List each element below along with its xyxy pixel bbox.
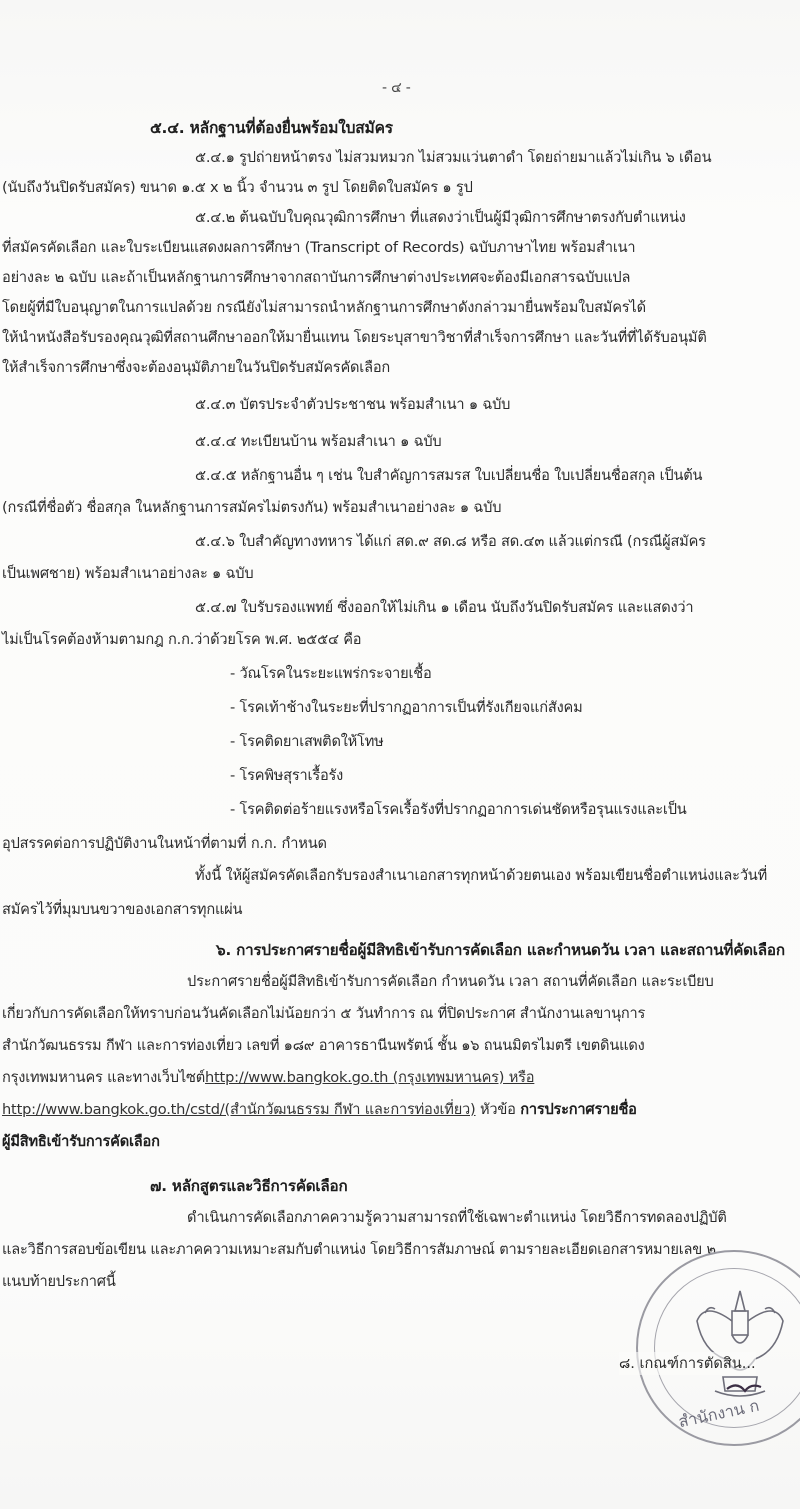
item-5-4-5-line1: ๕.๔.๕ หลักฐานอื่น ๆ เช่น ใบสำคัญการสมรส …	[195, 466, 702, 486]
section-5-4-heading: ๕.๔. หลักฐานที่ต้องยื่นพร้อมใบสมัคร	[150, 118, 393, 138]
disease-item: - โรคติดต่อร้ายแรงหรือโรคเรื้อรังที่ปราก…	[230, 800, 687, 820]
note-line1: ทั้งนี้ ให้ผู้สมัครคัดเลือกรับรองสำเนาเอ…	[195, 866, 767, 886]
note-line2: สมัครไว้ที่มุมบนขวาของเอกสารทุกแผ่น	[2, 900, 242, 920]
page-number: - ๔ -	[382, 78, 411, 98]
section-6-heading: ๖. การประกาศรายชื่อผู้มีสิทธิเข้ารับการค…	[216, 940, 785, 960]
item-5-4-7-line1: ๕.๔.๗ ใบรับรองแพทย์ ซึ่งออกให้ไม่เกิน ๑ …	[195, 598, 693, 618]
section-7-heading: ๗. หลักสูตรและวิธีการคัดเลือก	[150, 1176, 347, 1196]
cstd-website-link[interactable]: http://www.bangkok.go.th/cstd/(สำนักวัฒน…	[2, 1101, 476, 1118]
item-5-4-7-line2: ไม่เป็นโรคต้องห้ามตามกฎ ก.ก.ว่าด้วยโรค พ…	[2, 630, 361, 650]
section-6-line4: กรุงเทพมหานคร และทางเว็บไซต์http://www.b…	[2, 1068, 534, 1088]
item-5-4-3: ๕.๔.๓ บัตรประจำตัวประชาชน พร้อมสำเนา ๑ ฉ…	[195, 395, 510, 415]
item-5-4-6-line1: ๕.๔.๖ ใบสำคัญทางทหาร ได้แก่ สด.๙ สด.๘ หร…	[195, 532, 706, 552]
next-section-continuation: ๘. เกณฑ์การตัดสิน...	[619, 1352, 756, 1375]
disease-item: - วัณโรคในระยะแพร่กระจายเชื้อ	[230, 664, 432, 684]
section-6-line1: ประกาศรายชื่อผู้มีสิทธิเข้ารับการคัดเลือ…	[187, 972, 714, 992]
item-5-4-6-line2: เป็นเพศชาย) พร้อมสำเนาอย่างละ ๑ ฉบับ	[2, 564, 253, 584]
section-7-line1: ดำเนินการคัดเลือกภาคความรู้ความสามารถที่…	[187, 1208, 727, 1228]
disease-item: - โรคติดยาเสพติดให้โทษ	[230, 732, 384, 752]
bangkok-website-link[interactable]: http://www.bangkok.go.th (กรุงเทพมหานคร)…	[205, 1069, 534, 1086]
item-5-4-5-line2: (กรณีที่ชื่อตัว ชื่อสกุล ในหลักฐานการสมั…	[2, 498, 501, 518]
document-page: - ๔ - ๕.๔. หลักฐานที่ต้องยื่นพร้อมใบสมัค…	[0, 0, 800, 1509]
item-5-4-2-line5: ให้นำหนังสือรับรองคุณวุฒิที่สถานศึกษาออก…	[2, 328, 707, 348]
section-6-topic: การประกาศรายชื่อ	[520, 1101, 637, 1118]
section-6-line5-suffix: หัวข้อ	[476, 1101, 521, 1118]
item-5-4-2-line2: ที่สมัครคัดเลือก และใบระเบียนแสดงผลการศึ…	[2, 238, 635, 258]
item-5-4-1-line1: ๕.๔.๑ รูปถ่ายหน้าตรง ไม่สวมหมวก ไม่สวมแว…	[195, 148, 711, 168]
disease-item: - โรคพิษสุราเรื้อรัง	[230, 766, 343, 786]
disease-item: - โรคเท้าช้างในระยะที่ปรากฏอาการเป็นที่ร…	[230, 698, 583, 718]
item-5-4-2-line3: อย่างละ ๒ ฉบับ และถ้าเป็นหลักฐานการศึกษา…	[2, 268, 630, 288]
section-6-line2: เกี่ยวกับการคัดเลือกให้ทราบก่อนวันคัดเลื…	[2, 1004, 645, 1024]
item-5-4-2-line1: ๕.๔.๒ ต้นฉบับใบคุณวุฒิการศึกษา ที่แสดงว่…	[195, 208, 686, 228]
section-6-line3: สำนักวัฒนธรรม กีฬา และการท่องเที่ยว เลขท…	[2, 1036, 645, 1056]
item-5-4-4: ๕.๔.๔ ทะเบียนบ้าน พร้อมสำเนา ๑ ฉบับ	[195, 432, 441, 452]
item-5-4-1-line2: (นับถึงวันปิดรับสมัคร) ขนาด ๑.๕ x ๒ นิ้ว…	[2, 178, 473, 198]
official-seal: สำนักงาน ก	[636, 1250, 800, 1446]
section-6-line4-prefix: กรุงเทพมหานคร และทางเว็บไซต์	[2, 1069, 205, 1086]
item-5-4-2-line6: ให้สำเร็จการศึกษาซึ่งจะต้องอนุมัติภายในว…	[2, 358, 390, 378]
section-6-line6: ผู้มีสิทธิเข้ารับการคัดเลือก	[2, 1132, 160, 1152]
disease-item-continuation: อุปสรรคต่อการปฏิบัติงานในหน้าที่ตามที่ ก…	[2, 834, 327, 854]
section-6-line5: http://www.bangkok.go.th/cstd/(สำนักวัฒน…	[2, 1100, 637, 1120]
section-7-line2: และวิธีการสอบข้อเขียน และภาคความเหมาะสมก…	[2, 1240, 716, 1260]
item-5-4-2-line4: โดยผู้ที่มีใบอนุญาตในการแปลด้วย กรณียังไ…	[2, 298, 646, 318]
section-7-line3: แนบท้ายประกาศนี้	[2, 1272, 116, 1292]
